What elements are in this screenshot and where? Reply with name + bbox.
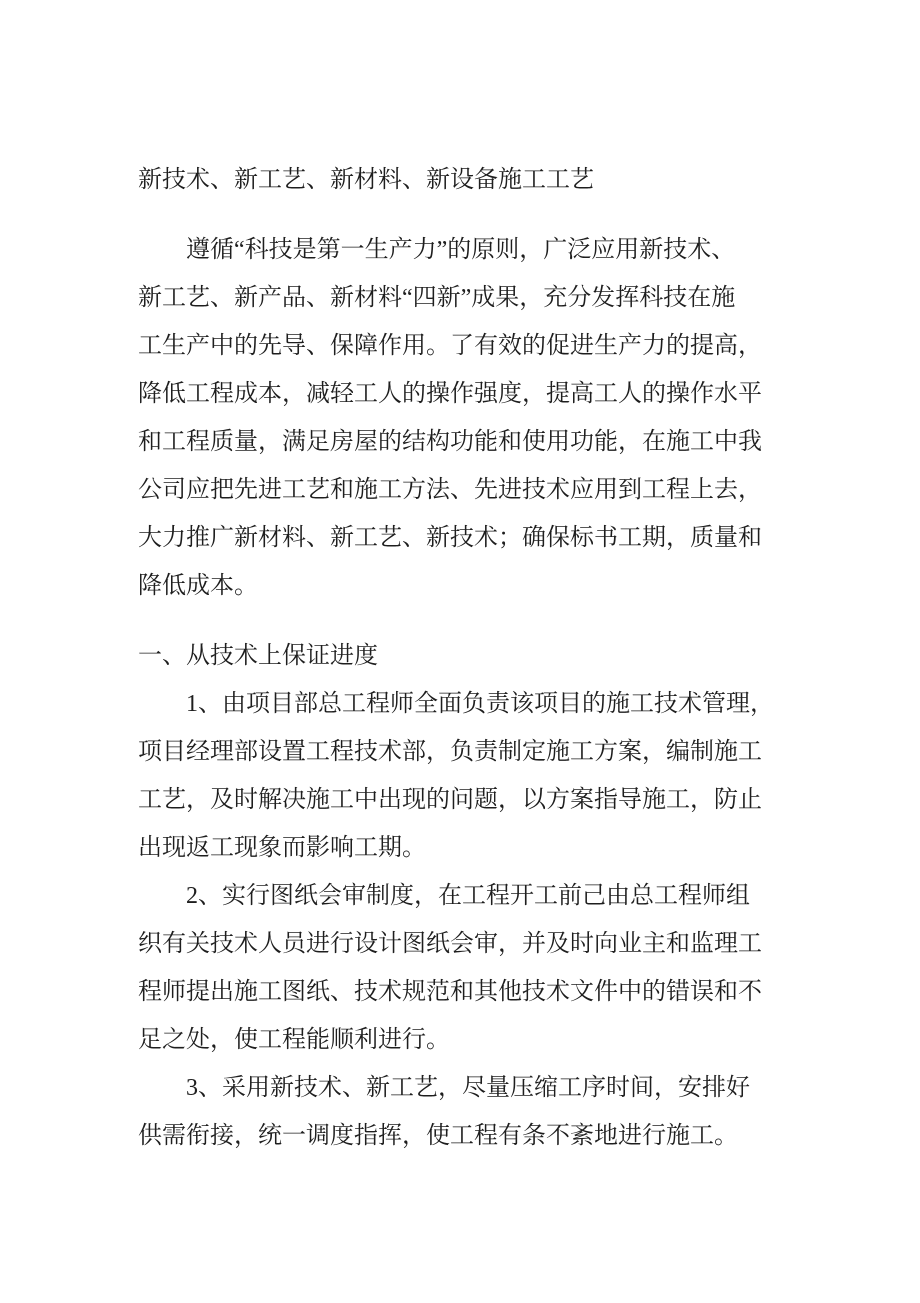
intro-paragraph: 遵循“科技是第一生产力”的原则，广泛应用新技术、 新工艺、新产品、新材料“四新”…	[138, 226, 800, 610]
section-heading: 一、从技术上保证进度	[138, 632, 800, 680]
section-item-2: 2、实行图纸会审制度，在工程开工前己由总工程师组 织有关技术人员进行设计图纸会审…	[138, 872, 800, 1064]
section-item-3: 3、采用新技术、新工艺，尽量压缩工序时间，安排好 供需衔接，统一调度指挥，使工程…	[138, 1064, 800, 1160]
section-item-1: 1、由项目部总工程师全面负责该项目的施工技术管理， 项目经理部设置工程技术部，负…	[138, 680, 800, 872]
document-page: 新技术、新工艺、新材料、新设备施工工艺 遵循“科技是第一生产力”的原则，广泛应用…	[0, 0, 920, 1303]
document-title: 新技术、新工艺、新材料、新设备施工工艺	[138, 156, 800, 204]
